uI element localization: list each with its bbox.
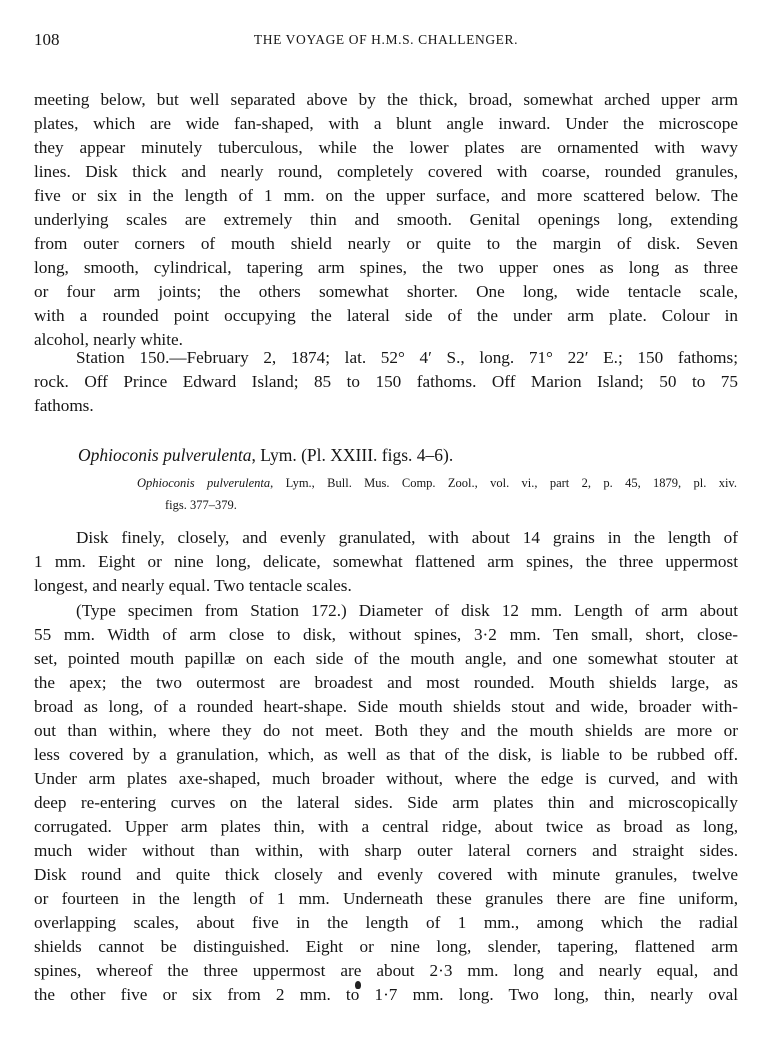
text-line: Disk round and quite thick closely and e… — [34, 863, 738, 887]
text-line: Under arm plates axe-shaped, much broade… — [34, 767, 738, 791]
text-line: with a rounded point occupying the later… — [34, 304, 738, 328]
citation-species-name: Ophioconis pulverulenta — [137, 476, 270, 490]
citation-line: Ophioconis pulverulenta, Lym., Bull. Mus… — [137, 476, 737, 491]
citation-reference: , Lym., Bull. Mus. Comp. Zool., vol. vi.… — [270, 476, 737, 490]
text-line: Station 150.—February 2, 1874; lat. 52° … — [76, 346, 738, 370]
text-line: 1 mm. Eight or nine long, delicate, some… — [34, 550, 738, 574]
text-line: rock. Off Prince Edward Island; 85 to 15… — [34, 370, 738, 394]
species-name: Ophioconis pulverulenta — [78, 445, 252, 465]
text-line: corrugated. Upper arm plates thin, with … — [34, 815, 738, 839]
text-line: longest, and nearly equal. Two tentacle … — [34, 574, 738, 598]
text-line: much wider without than within, with sha… — [34, 839, 738, 863]
text-line: (Type specimen from Station 172.) Diamet… — [76, 599, 738, 623]
text-line: underlying scales are extremely thin and… — [34, 208, 738, 232]
text-line: plates, which are wide fan-shaped, with … — [34, 112, 738, 136]
text-line: broad as long, of a rounded heart-shape.… — [34, 695, 738, 719]
text-line: less covered by a granulation, which, as… — [34, 743, 738, 767]
text-line: overlapping scales, about five in the le… — [34, 911, 738, 935]
text-line: they appear minutely tuberculous, while … — [34, 136, 738, 160]
text-line: or fourteen in the length of 1 mm. Under… — [34, 887, 738, 911]
running-title: THE VOYAGE OF H.M.S. CHALLENGER. — [34, 32, 738, 48]
species-heading-rest: , Lym. (Pl. XXIII. figs. 4–6). — [252, 445, 454, 465]
text-line: Disk finely, closely, and evenly granula… — [76, 526, 738, 550]
text-line: five or six in the length of 1 mm. on th… — [34, 184, 738, 208]
text-line: or four arm joints; the others somewhat … — [34, 280, 738, 304]
page-header: 108 THE VOYAGE OF H.M.S. CHALLENGER. — [34, 30, 738, 54]
document-page: 108 THE VOYAGE OF H.M.S. CHALLENGER. mee… — [0, 0, 776, 1050]
citation-figures: figs. 377–379. — [165, 498, 237, 513]
text-line: out than within, where they do not meet.… — [34, 719, 738, 743]
text-line: 55 mm. Width of arm close to disk, witho… — [34, 623, 738, 647]
text-line: long, smooth, cylindrical, tapering arm … — [34, 256, 738, 280]
text-line: meeting below, but well separated above … — [34, 88, 738, 112]
text-line: lines. Disk thick and nearly round, comp… — [34, 160, 738, 184]
text-line: shields cannot be distinguished. Eight o… — [34, 935, 738, 959]
text-line: from outer corners of mouth shield nearl… — [34, 232, 738, 256]
text-line: set, pointed mouth papillæ on each side … — [34, 647, 738, 671]
text-line: the other five or six from 2 mm. to 1·7 … — [34, 983, 738, 1007]
text-line: deep re-entering curves on the lateral s… — [34, 791, 738, 815]
text-line: fathoms. — [34, 394, 738, 418]
species-heading: Ophioconis pulverulenta, Lym. (Pl. XXIII… — [78, 445, 453, 466]
ink-blot-mark — [355, 981, 361, 989]
text-line: the apex; the two outermost are broadest… — [34, 671, 738, 695]
text-line: spines, whereof the three uppermost are … — [34, 959, 738, 983]
